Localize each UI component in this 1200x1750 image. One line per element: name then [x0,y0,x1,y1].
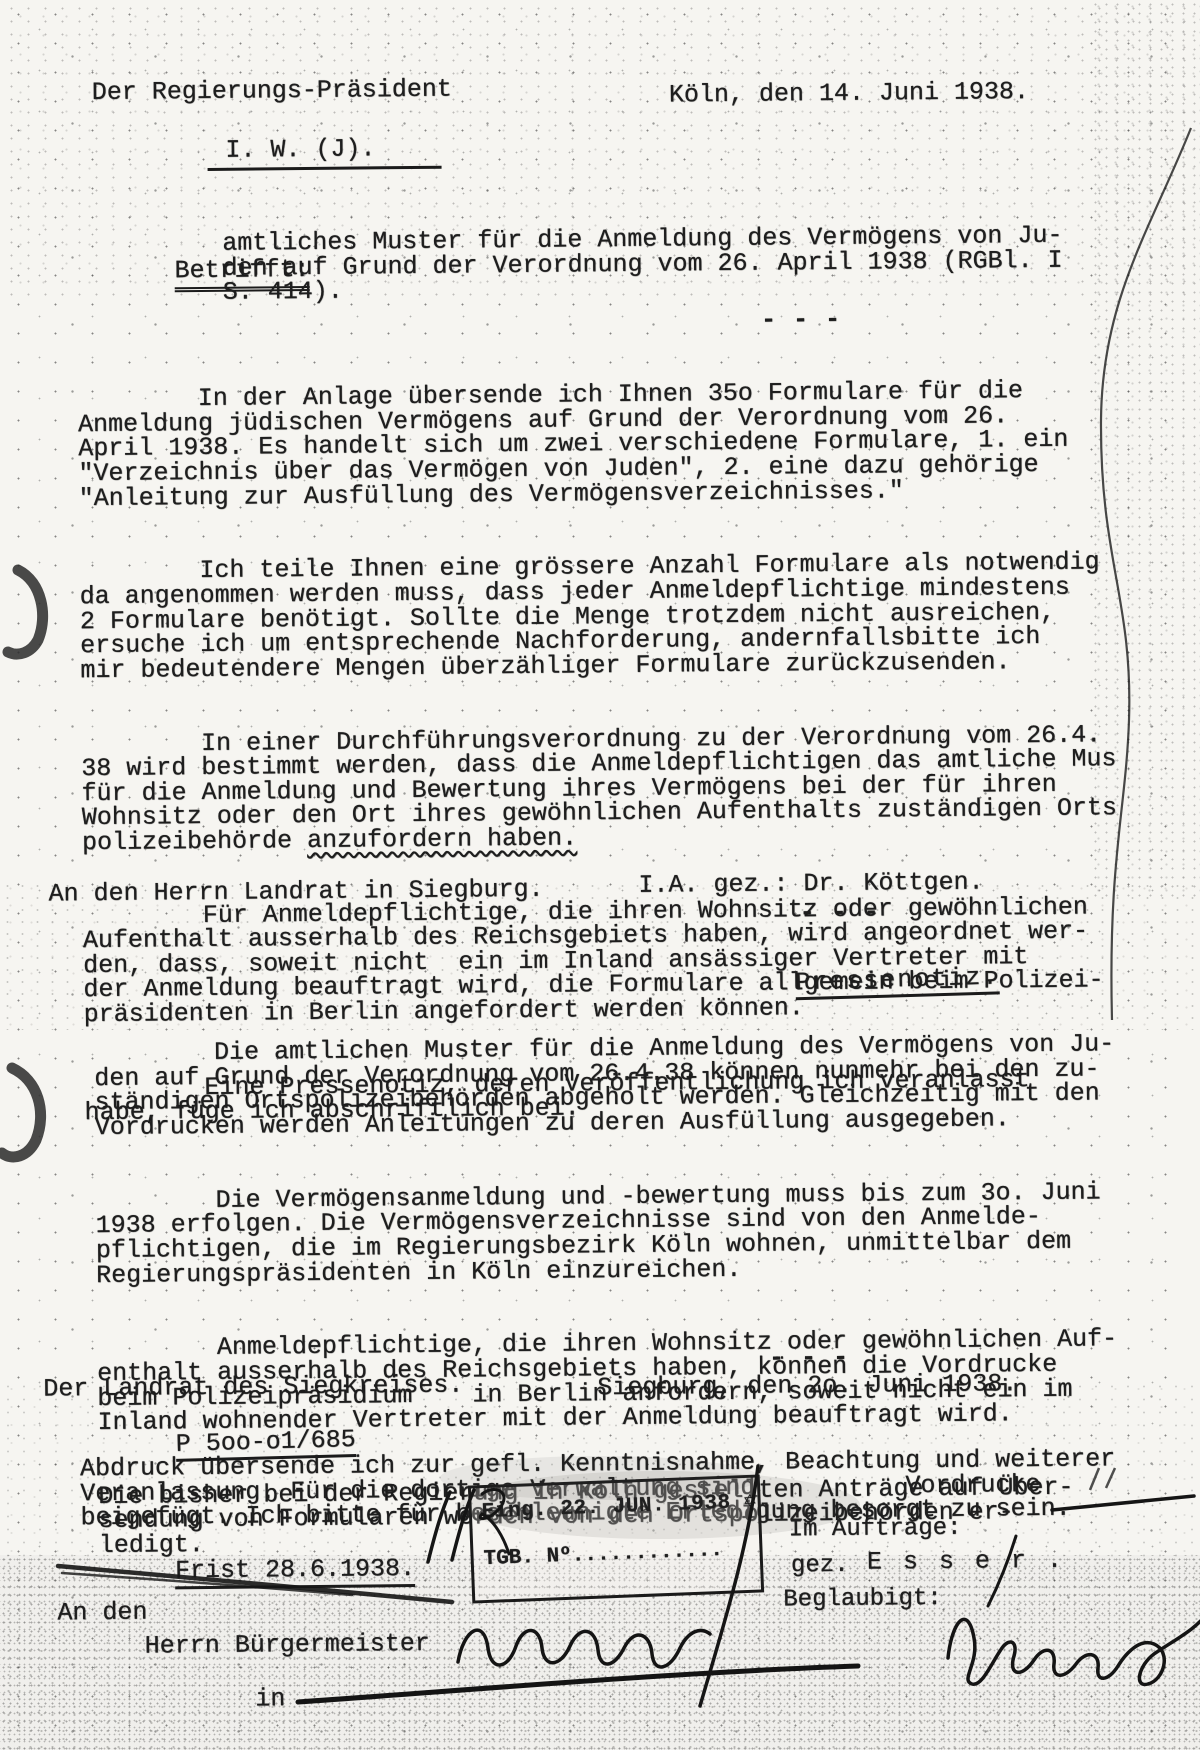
letterhead-reference-text: I. W. (J). [207,133,441,170]
forward-recipient-line1: An den [57,1601,147,1626]
star-of-david-icon: ✡ [743,1491,757,1514]
press-paragraph-1: Die amtlichen Muster für die Anmeldung d… [94,1032,1115,1140]
forward-recipient-line2: Herrn Bürgermeister [145,1632,430,1659]
letterhead-reference: I. W. (J). [117,112,442,189]
forward-office: Der Landrat des Siegkreises. [43,1374,463,1403]
subject-text: amtliches Muster für die Anmeldung des V… [222,224,1063,306]
letter-recipient-line: An den Herrn Landrat in Siegburg. [48,878,543,907]
stamp-esser-name: E s s e r . [867,1549,1065,1575]
letter-paragraph-1: In der Anlage übersende ich Ihnen 35o Fo… [78,378,1114,511]
stamp-dotted-line: ............ [571,1539,723,1568]
forward-place-date: Siegburg, den 2o. Juni 1938. [597,1372,1017,1401]
letter-paragraph-3: In einer Durchführungsverordnung zu der … [81,723,1117,856]
stamp-im-auftrage: Im Auftrage: [789,1517,962,1543]
received-date-stamp: Eing. 22. JUN. 1938 ✡ TGB. Nº...........… [468,1474,764,1603]
forward-recipient-line3: in [255,1687,285,1712]
scanned-letter-page: Der Regierungs-Präsident I. W. (J). Köln… [0,0,1200,1750]
separator-dashes-2: - - - [800,901,880,926]
letter-paragraph-2: Ich teile Ihnen eine grössere Anzahl For… [79,551,1115,684]
stamp-gez: gez. [791,1554,849,1579]
separator-dashes-1: - - - [761,308,841,333]
stamp-tgb-line: TGB. Nº............ [483,1538,752,1571]
letter-signature-line: I.A. gez.: Dr. Köttgen. [638,871,983,899]
stamp-received-line: Eing. 22. JUN. 1938 ✡ [481,1488,750,1524]
stamp-beglaubigt: Beglaubigt: [783,1587,942,1613]
press-paragraph-2: Die Vermögensanmeldung und -bewertung mu… [95,1180,1116,1288]
underlined-phrase: anzufordern haben. [307,823,577,855]
separator-dashes-3: - - - [769,1346,849,1371]
letter-place-date: Köln, den 14. Juni 1938. [669,80,1029,108]
letterhead-sender: Der Regierungs-Präsident [92,78,452,106]
